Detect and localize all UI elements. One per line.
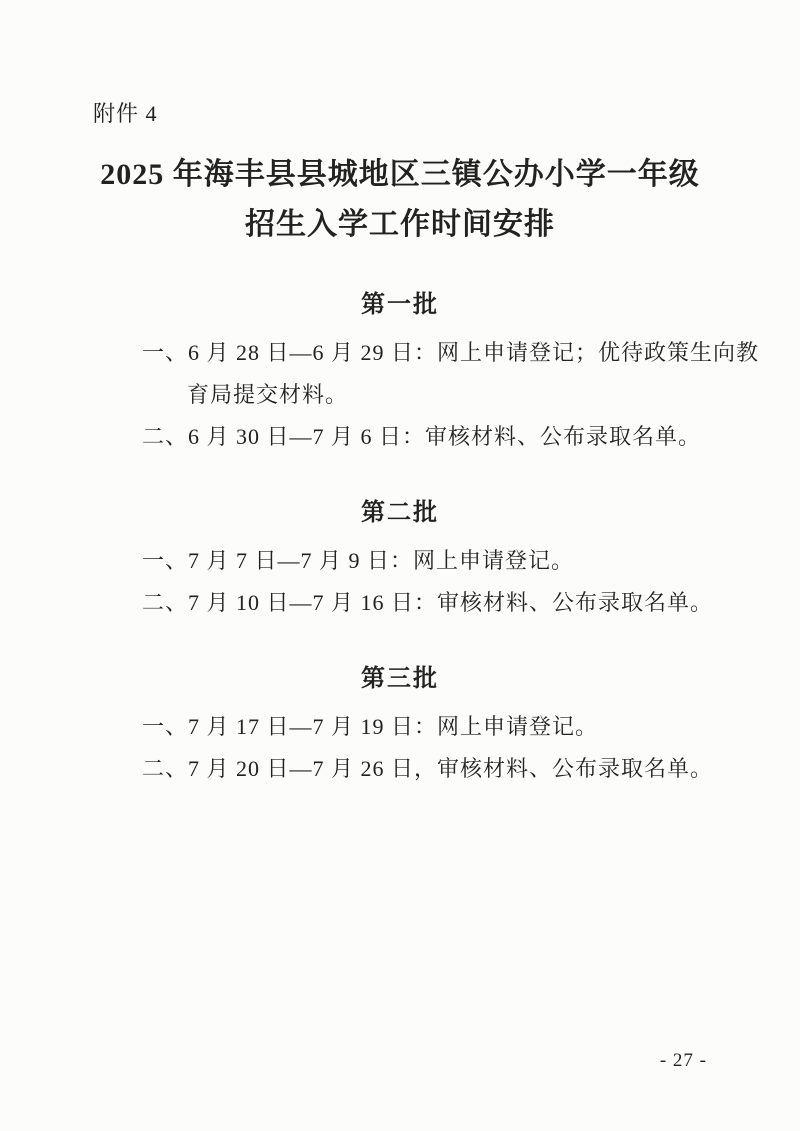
batch-1-item-1-line-1: 一、6 月 28 日—6 月 29 日：网上申请登记；优待政策生向教	[0, 332, 800, 374]
document-title: 2025 年海丰县县城地区三镇公办小学一年级 招生入学工作时间安排	[0, 150, 800, 250]
document-title-line-2: 招生入学工作时间安排	[0, 200, 800, 250]
batch-2-heading: 第二批	[0, 498, 800, 528]
batch-1-heading: 第一批	[0, 290, 800, 320]
document-page: 附件 4 2025 年海丰县县城地区三镇公办小学一年级 招生入学工作时间安排 第…	[0, 0, 800, 1131]
batch-1-item-1-line-2: 育局提交材料。	[0, 374, 800, 416]
batch-section-3: 第三批 一、7 月 17 日—7 月 19 日：网上申请登记。 二、7 月 20…	[0, 664, 800, 790]
batch-1-items: 一、6 月 28 日—6 月 29 日：网上申请登记；优待政策生向教 育局提交材…	[0, 332, 800, 458]
batch-2-items: 一、7 月 7 日—7 月 9 日：网上申请登记。 二、7 月 10 日—7 月…	[0, 540, 800, 624]
document-title-line-1: 2025 年海丰县县城地区三镇公办小学一年级	[0, 150, 800, 200]
batch-section-2: 第二批 一、7 月 7 日—7 月 9 日：网上申请登记。 二、7 月 10 日…	[0, 498, 800, 624]
batch-section-1: 第一批 一、6 月 28 日—6 月 29 日：网上申请登记；优待政策生向教 育…	[0, 290, 800, 458]
batch-3-items: 一、7 月 17 日—7 月 19 日：网上申请登记。 二、7 月 20 日—7…	[0, 706, 800, 790]
batch-3-heading: 第三批	[0, 664, 800, 694]
batch-1-item-2-line-1: 二、6 月 30 日—7 月 6 日：审核材料、公布录取名单。	[0, 416, 800, 458]
attachment-label: 附件 4	[93, 98, 800, 130]
batch-2-item-1-line-1: 一、7 月 7 日—7 月 9 日：网上申请登记。	[0, 540, 800, 582]
batch-3-item-2-line-1: 二、7 月 20 日—7 月 26 日，审核材料、公布录取名单。	[0, 748, 800, 790]
batch-3-item-1-line-1: 一、7 月 17 日—7 月 19 日：网上申请登记。	[0, 706, 800, 748]
page-number: - 27 -	[660, 1048, 707, 1074]
batch-2-item-2-line-1: 二、7 月 10 日—7 月 16 日：审核材料、公布录取名单。	[0, 582, 800, 624]
